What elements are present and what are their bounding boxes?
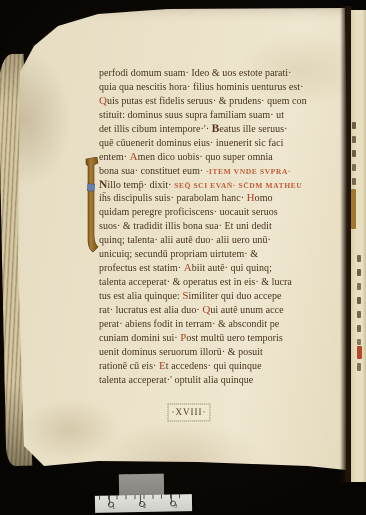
manuscript-line: tus est alia quinque: Similiter qui duo … xyxy=(99,290,339,304)
facing-text-fragment xyxy=(357,325,361,332)
manuscript-line: Quis putas est fidelis seruus· & prudens… xyxy=(99,95,339,109)
facing-text-fragment xyxy=(352,122,356,129)
manuscript-line: unicuiq; secundū propriam uirtutem· & xyxy=(99,248,339,262)
facing-text-fragment xyxy=(357,346,362,359)
manuscript-page: perfodi domum suam· Ideo & uos estote pa… xyxy=(0,0,366,515)
manuscript-line: talenta acceperat· & operatus est in eis… xyxy=(99,276,339,290)
manuscript-line: suos· & tradidit illis bona sua· Et uni … xyxy=(99,220,339,234)
facing-text-fragment xyxy=(357,255,361,262)
photo-backdrop: perfodi domum suam· Ideo & uos estote pa… xyxy=(0,0,366,515)
facing-text-fragment xyxy=(357,297,361,304)
facing-text-fragment xyxy=(357,339,361,345)
manuscript-line: entem· Amen dico uobis· quo super omnia xyxy=(99,151,339,165)
ruler-tick-marks xyxy=(99,494,188,500)
manuscript-line: quidam peregre proficiscens· uocauit ser… xyxy=(99,206,339,220)
manuscript-line: det illis cibum intempore·'· Beatus ille… xyxy=(99,123,339,137)
manuscript-line: uenit dominus seruorum illorū· & posuit xyxy=(99,346,339,360)
manuscript-line: quia qua nescitis hora· filius hominis u… xyxy=(99,81,339,95)
manuscript-line: perfodi domum suam· Ideo & uos estote pa… xyxy=(99,67,339,81)
facing-page-edge xyxy=(351,10,366,482)
ruler-tick xyxy=(171,495,172,504)
quire-number: ·XVIII· xyxy=(168,404,210,421)
ruler-tick xyxy=(140,495,141,504)
facing-text-fragment xyxy=(352,178,356,185)
manuscript-line: cuniam domini sui· Post multū uero tempo… xyxy=(99,332,339,346)
manuscript-line: Nillo temp̄· dixit· SEQ̄ SCI EVAN̄· SC̄D… xyxy=(99,179,339,193)
manuscript-line: quē cūuenerit dominus eius· inuenerit si… xyxy=(99,137,339,151)
manuscript-line: quinq; talenta· alii autē duo· alii uero… xyxy=(99,234,339,248)
scale-ruler: 123 xyxy=(95,494,192,513)
manuscript-line: rationē cū eis· Et accedens· qui quinque xyxy=(99,360,339,374)
manuscript-line: stituit: dominus suus supra familiam sua… xyxy=(99,109,339,123)
facing-text-fragment xyxy=(352,164,356,171)
manuscript-line: perat· abiens fodit in terram· & abscond… xyxy=(99,318,339,332)
manuscript-line: bona sua· constituet eum· ·ITEM VNDE SVP… xyxy=(99,165,339,179)
manuscript-line: talenta acceperat·' optulit alia quinque xyxy=(99,374,339,388)
facing-text-fragment xyxy=(352,136,356,143)
text-block: perfodi domum suam· Ideo & uos estote pa… xyxy=(99,67,339,388)
facing-text-fragment xyxy=(357,283,361,290)
facing-text-fragment xyxy=(357,311,361,318)
ruler-tick xyxy=(109,496,110,505)
facing-text-fragment xyxy=(357,363,361,371)
illuminated-initial-I xyxy=(85,157,99,253)
facing-text-fragment xyxy=(351,189,356,229)
manuscript-line: profectus est statim· Abiit autē· qui qu… xyxy=(99,262,339,276)
facing-text-fragment xyxy=(352,150,356,157)
manuscript-line: ih̄s discipulis suis· parabolam hanc· Ho… xyxy=(99,192,339,206)
facing-text-fragment xyxy=(357,269,361,276)
manuscript-line: rat· lucratus est alia duo· Qui autē unu… xyxy=(99,304,339,318)
